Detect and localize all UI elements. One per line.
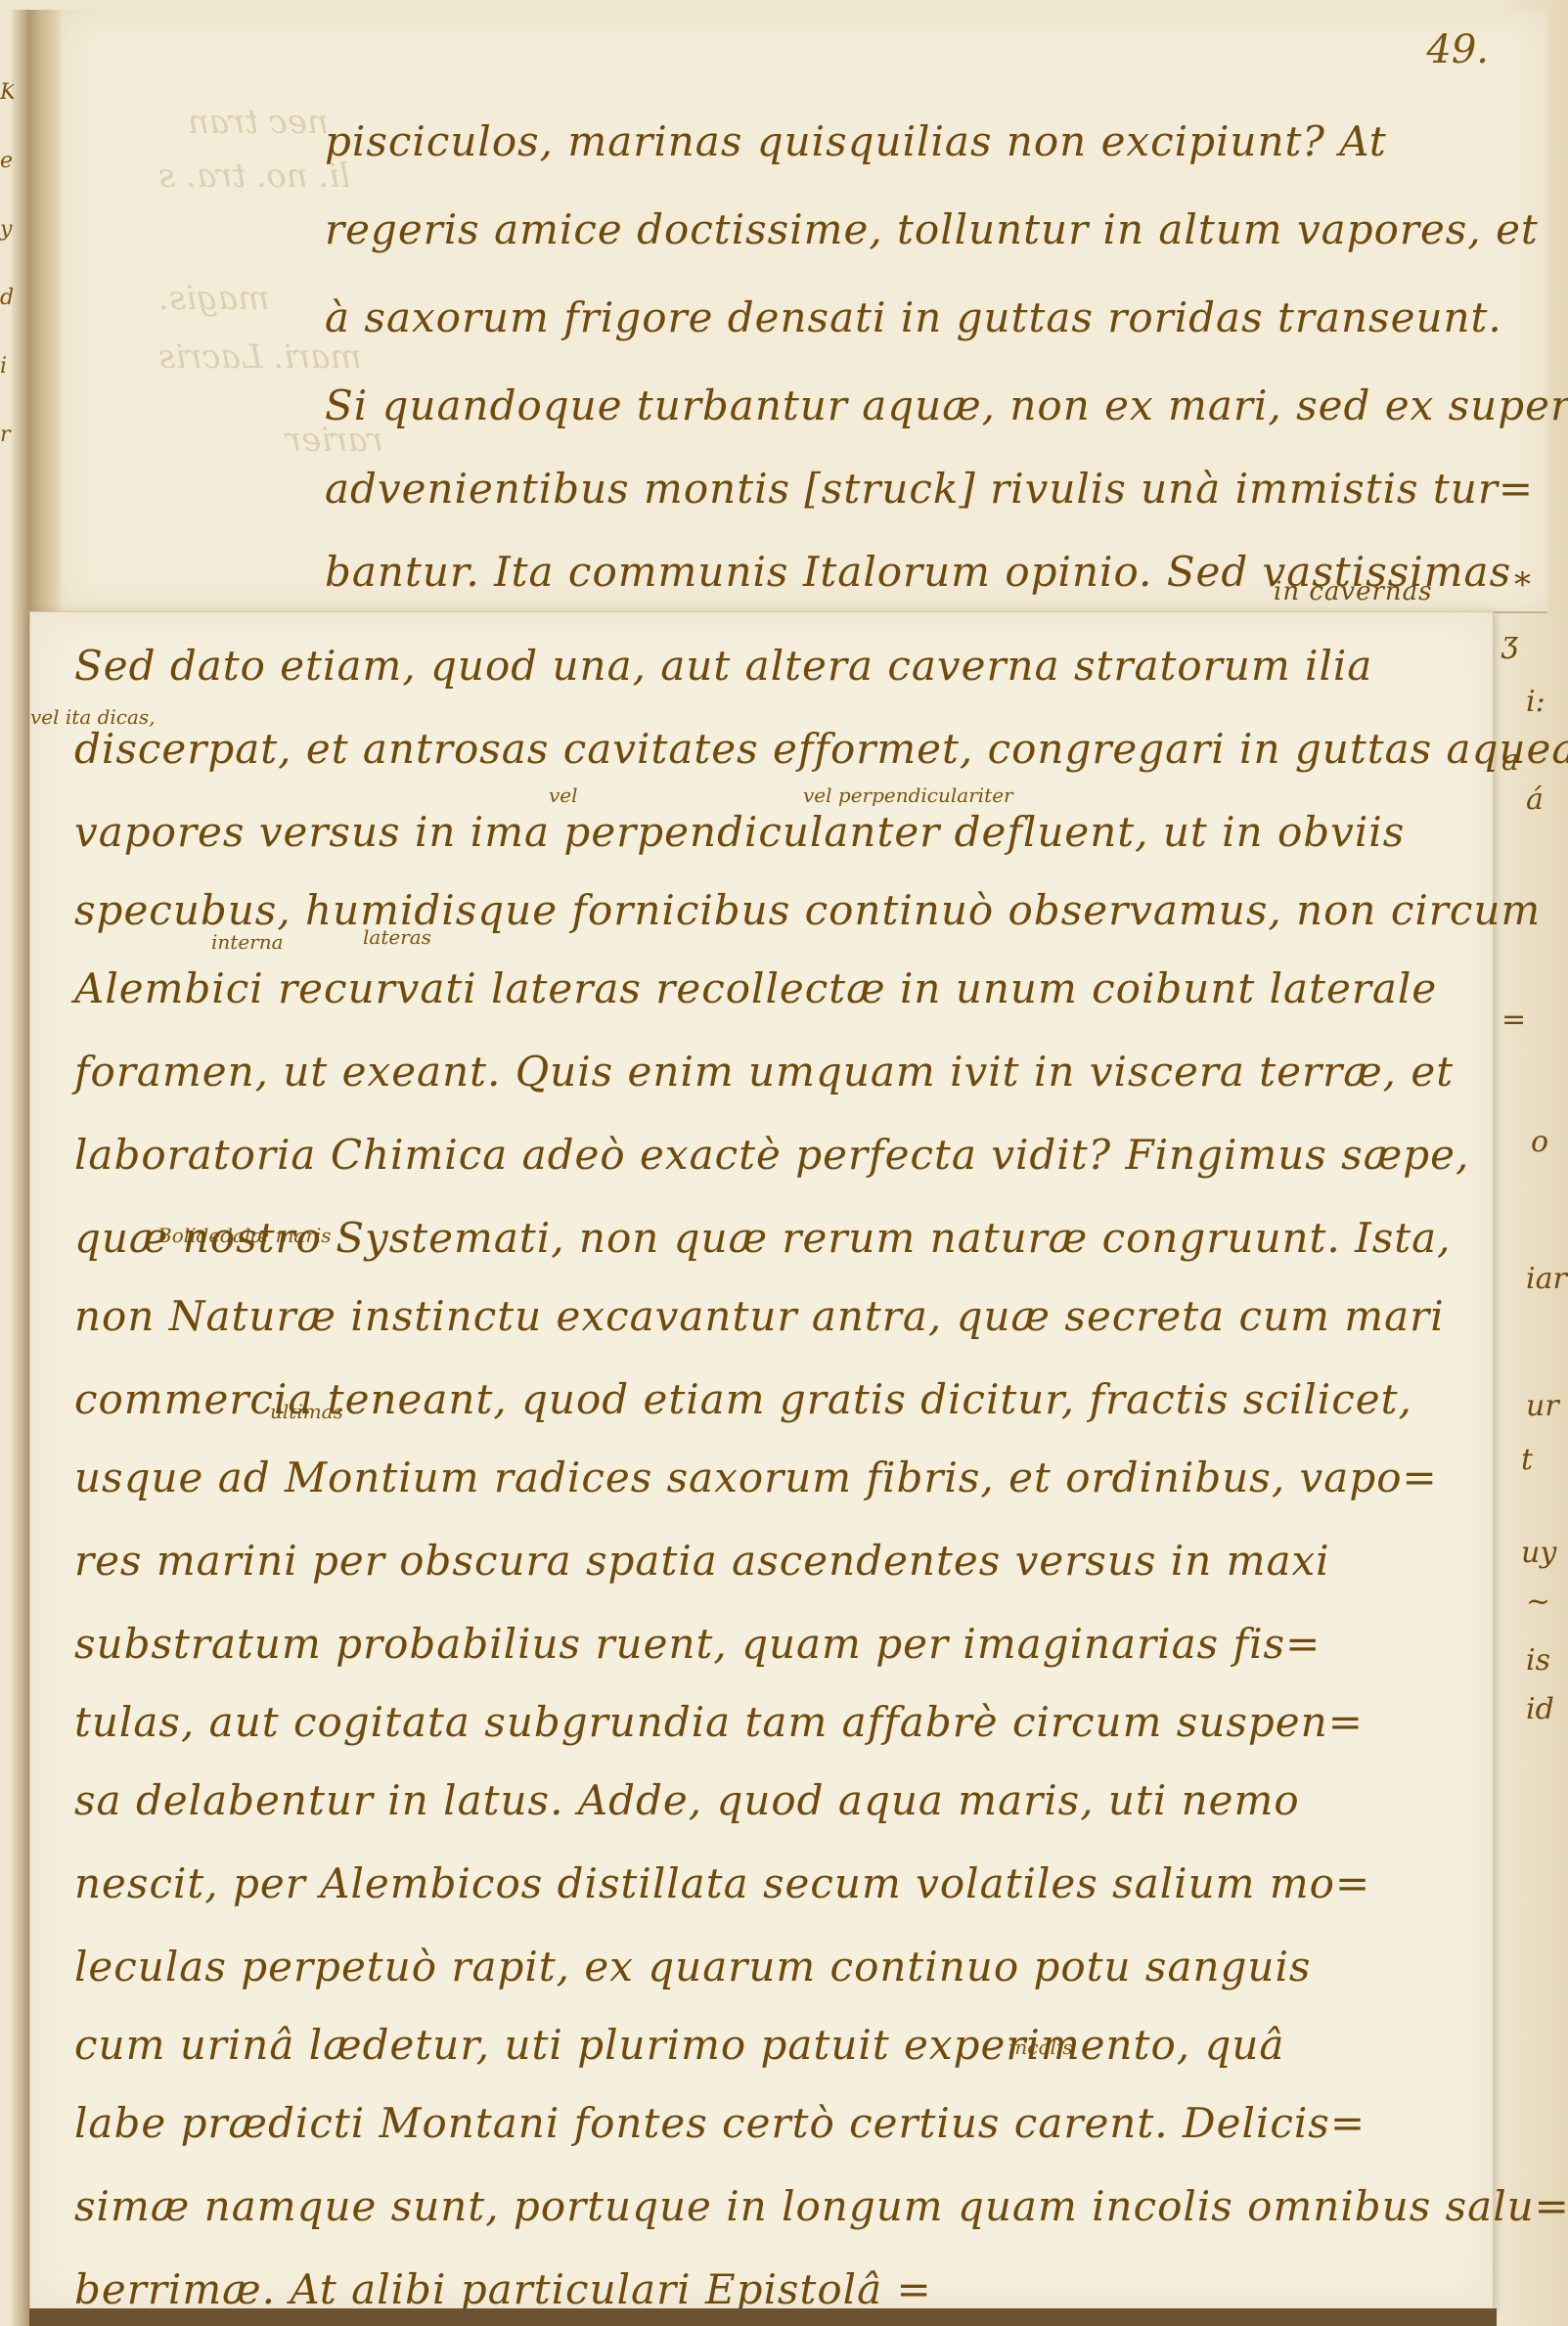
margin-fragment: ʒ	[1501, 626, 1518, 660]
text-line: nescit, per Alembicos distillata secum v…	[74, 1859, 1370, 1907]
text-line: berrimæ. At alibi particulari Epistolâ =	[74, 2265, 932, 2313]
text-line: labe prædicti Montani fontes certò certi…	[74, 2099, 1366, 2147]
margin-fragment: iar	[1526, 1262, 1567, 1296]
text-line: regeris amice doctissime, tolluntur in a…	[325, 205, 1539, 253]
margin-fragment: á	[1526, 783, 1544, 817]
text-line: pisciculos, marinas quisquilias non exci…	[325, 117, 1387, 165]
text-line: discerpat, et antrosas cavitates efforme…	[74, 725, 1568, 773]
margin-fragment: =	[1501, 1003, 1526, 1037]
text-line: tulas, aut cogitata subgrundia tam affab…	[74, 1698, 1364, 1746]
page-bottom-edge	[29, 2308, 1497, 2326]
margin-fragment: uy	[1521, 1536, 1556, 1570]
text-line: usque ad Montium radices saxorum fibris,…	[74, 1454, 1438, 1501]
margin-fragment: is	[1526, 1643, 1550, 1677]
margin-fragment: i:	[1526, 685, 1546, 719]
text-line: Si quandoque turbantur aquæ, non ex mari…	[325, 381, 1568, 429]
text-line: leculas perpetuò rapit, ex quarum contin…	[74, 1943, 1311, 1991]
text-line: à saxorum frigore densati in guttas rori…	[325, 293, 1502, 341]
text-line: advenientibus montis [struck] rivulis un…	[325, 465, 1534, 513]
text-line: quæ nostro Systemati, non quæ rerum natu…	[74, 1214, 1452, 1262]
text-line: substratum probabilius ruent, quam per i…	[74, 1620, 1321, 1668]
bleed-through-text: mari. Lacris	[158, 337, 362, 377]
text-line: laboratoria Chimica adeò exactè perfecta…	[74, 1131, 1469, 1179]
interlinear-insertion: vel perpendiculariter	[803, 783, 1013, 807]
margin-fragment: ur	[1526, 1389, 1559, 1423]
top-leaf: 49. nec tran li. no. tra. s magis. mari.…	[61, 10, 1547, 613]
left-edge-fragments: Ƙ e y d i r	[0, 59, 14, 2308]
margin-fragment: o	[1531, 1125, 1548, 1159]
text-line: Sed dato etiam, quod una, aut altera cav…	[74, 642, 1372, 690]
text-line: vapores versus in ima perpendiculanter d…	[74, 808, 1405, 856]
text-line: commercia teneant, quod etiam gratis dic…	[74, 1375, 1412, 1423]
asterisk-mark: *	[1514, 565, 1531, 604]
text-line: specubus, humidisque fornicibus continuò…	[74, 886, 1541, 934]
margin-fragment: id	[1526, 1692, 1554, 1726]
bleed-through-text: li. no. tra. s	[158, 157, 350, 196]
text-line: res marini per obscura spatia ascendente…	[74, 1537, 1330, 1585]
text-line: simæ namque sunt, portuque in longum qua…	[74, 2182, 1568, 2230]
text-line: Alembici recurvati lateras recollectæ in…	[74, 964, 1437, 1012]
text-line: sa delabentur in latus. Adde, quod aqua …	[74, 1776, 1300, 1824]
inserted-slip: vel ita dicas, vel vel perpendiculariter…	[29, 611, 1494, 2310]
interlinear-insertion: vel	[549, 783, 578, 807]
folio-number: 49.	[1426, 27, 1489, 72]
bleed-through-text: nec tran	[188, 103, 329, 142]
text-line: foramen, ut exeant. Quis enim umquam ivi…	[74, 1048, 1454, 1096]
catchword: in cavernas	[1274, 577, 1432, 606]
bleed-through-text: magis.	[158, 279, 269, 318]
margin-fragment: t	[1521, 1443, 1533, 1477]
text-line: cum urinâ lædetur, uti plurimo patuit ex…	[74, 2021, 1284, 2069]
text-line: non Naturæ instinctu excavantur antra, q…	[74, 1292, 1445, 1340]
margin-fragment: ~	[1526, 1585, 1550, 1619]
margin-fragment: a	[1501, 743, 1519, 778]
